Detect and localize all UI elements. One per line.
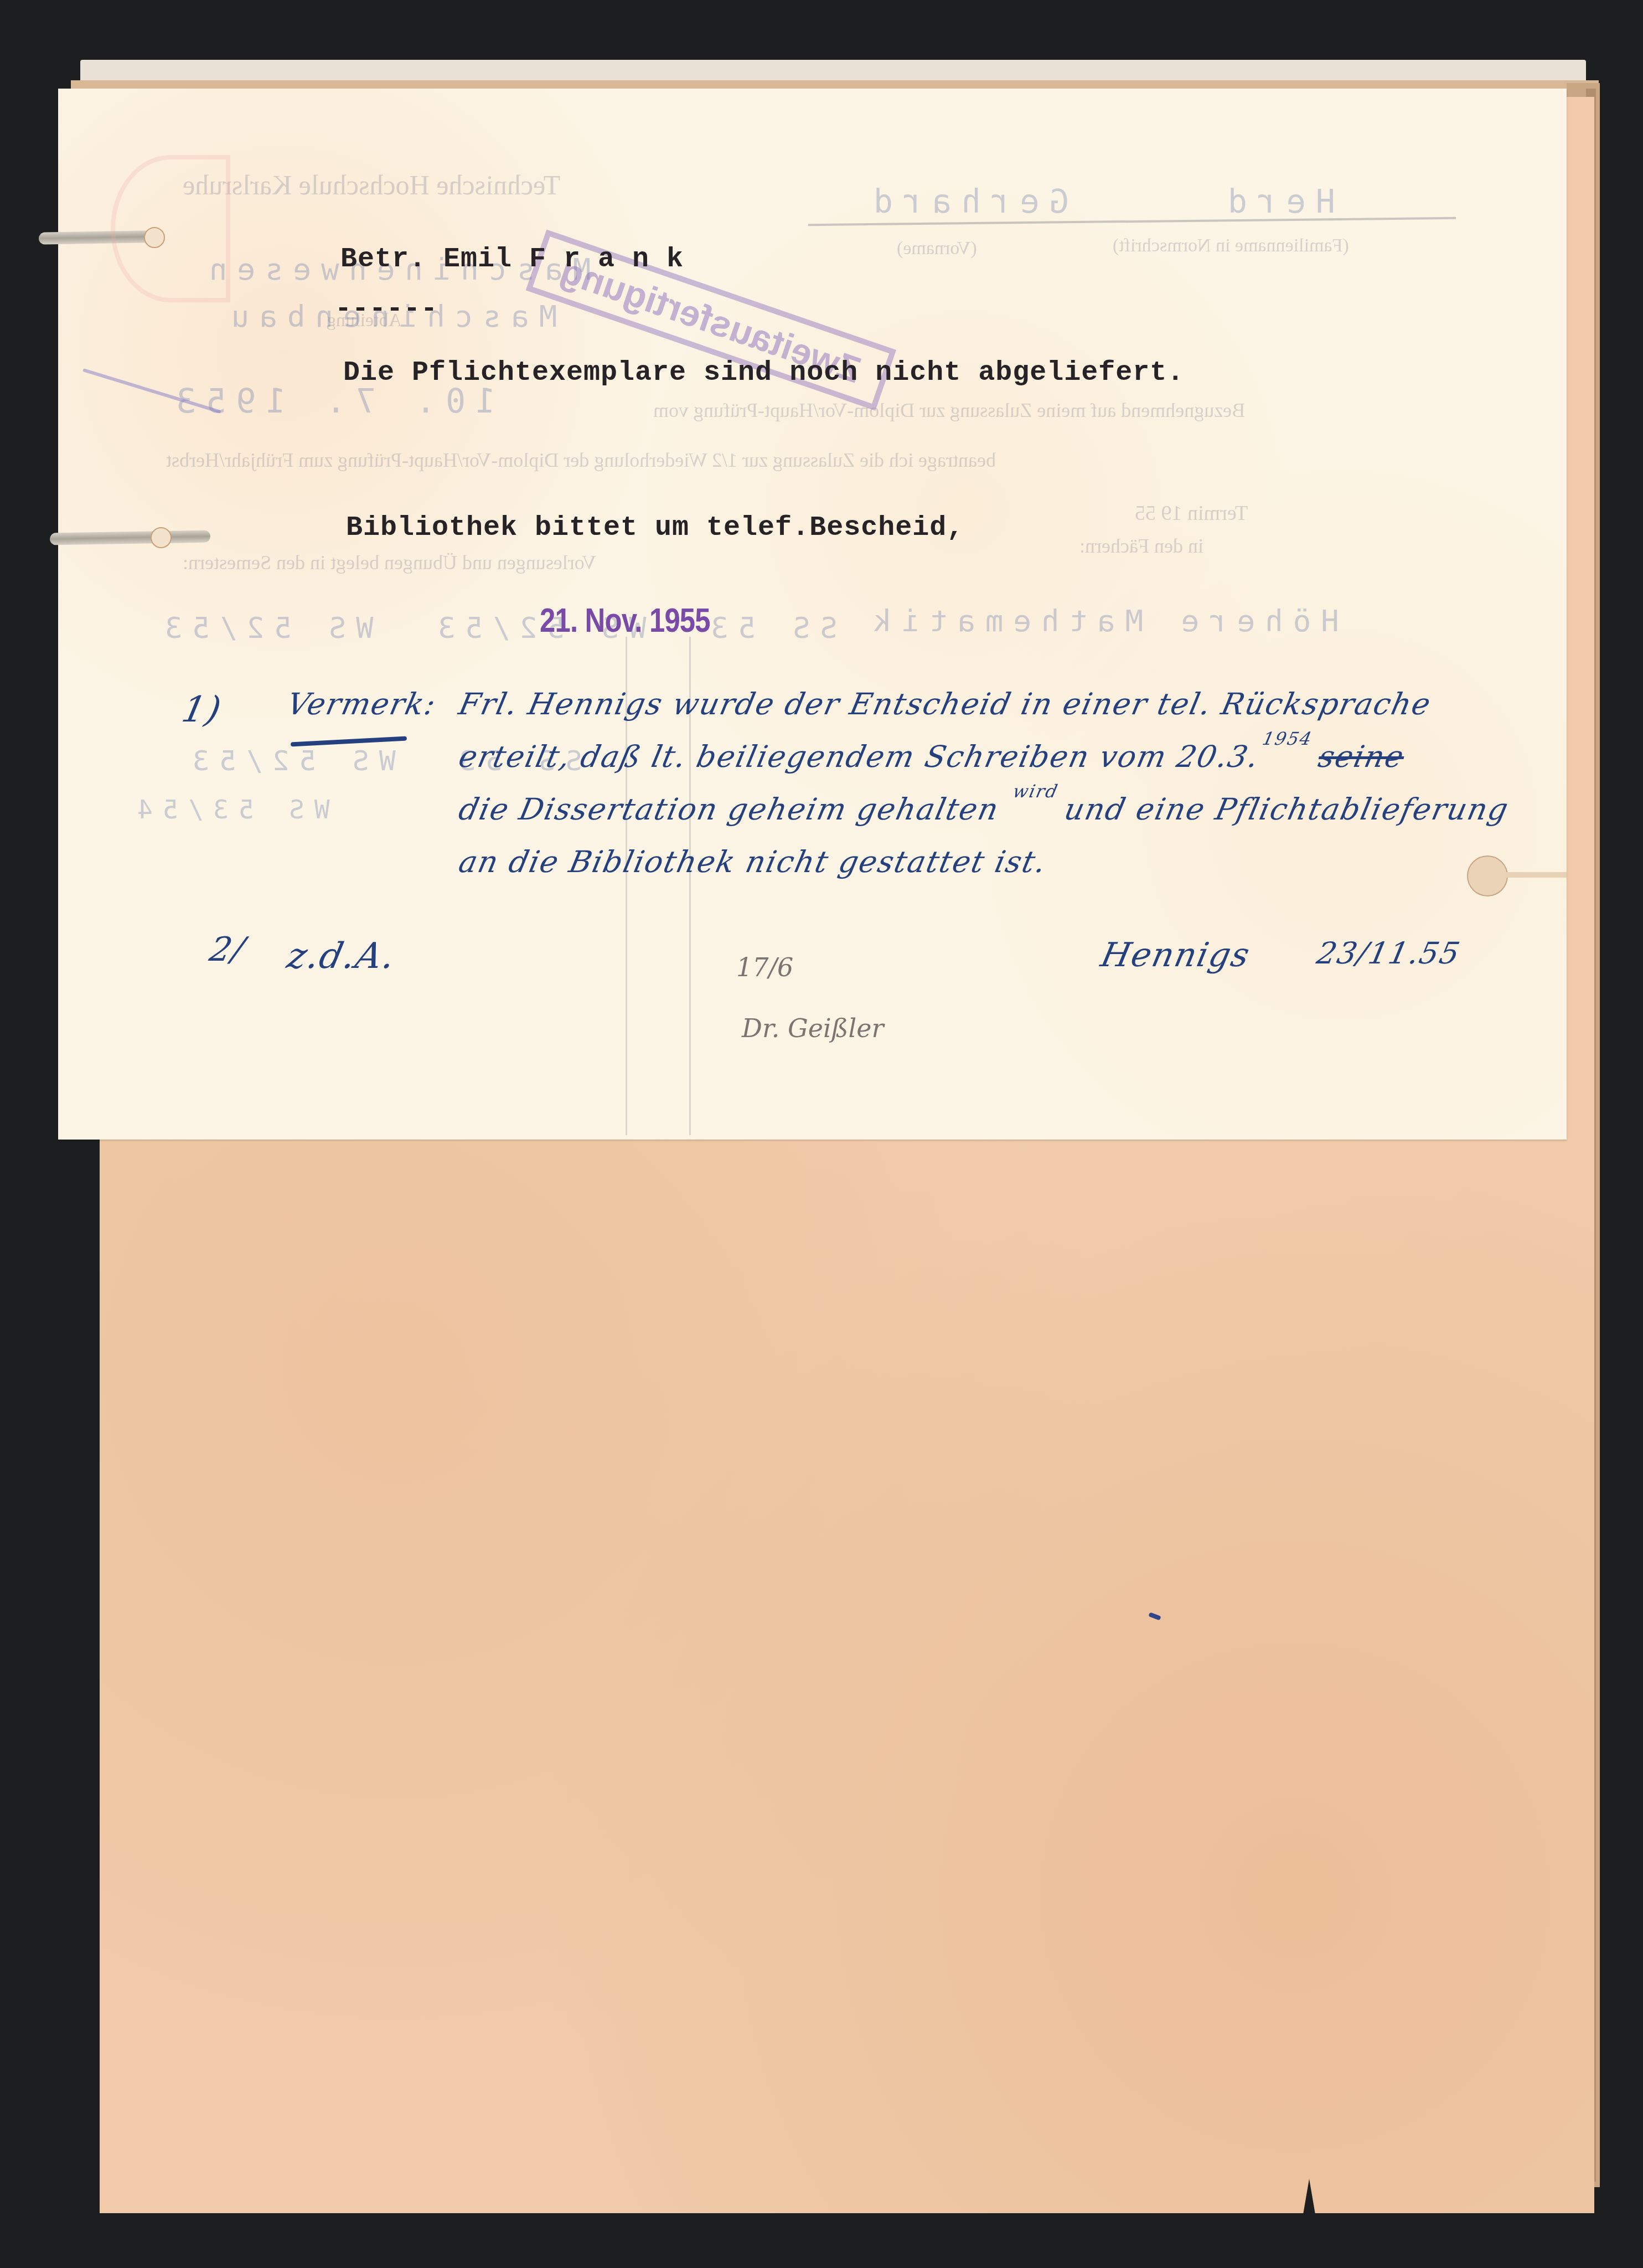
date-stamp: 21. Nov. 1955 bbox=[540, 601, 710, 640]
note-struck-word: seine bbox=[1315, 739, 1408, 774]
tag-hole bbox=[1467, 855, 1508, 896]
note-line-3-text: die Dissertation geheim gehalten bbox=[456, 792, 1003, 827]
ghost-label-vorname: (Vorname) bbox=[897, 238, 977, 259]
signature: Hennigs bbox=[1098, 936, 1254, 975]
ghost-semester-row1: SS 53 WS 52/53 WS 52/53 bbox=[155, 612, 838, 645]
ghost-semester-cell: WS 52/53 bbox=[155, 612, 373, 645]
subject-underline: ------ bbox=[335, 293, 438, 325]
note-line-2-year: 1954 bbox=[1260, 728, 1315, 749]
typed-line-pflichtexemplare: Die Pflichtexemplare sind noch nicht abg… bbox=[343, 357, 1184, 389]
binding-hole-bottom bbox=[151, 527, 172, 548]
subject-name: F r a n k bbox=[529, 244, 684, 275]
ghost-semester-row3: WS 53/54 bbox=[127, 795, 330, 824]
ghost-bezug: Bezugnehmend auf meine Zulassung zur Dip… bbox=[653, 399, 1245, 422]
note-line-3: die Dissertation geheim gehalten wird un… bbox=[456, 792, 1512, 827]
tag-tear bbox=[1506, 872, 1567, 878]
ghost-vorlesungen: Vorlesungen und Übungen belegt in den Se… bbox=[183, 551, 596, 574]
subject-line: Betr. Emil F r a n k bbox=[340, 244, 684, 275]
ghost-semester-cell: SS 53 bbox=[701, 612, 838, 645]
note-item1-heading: Vermerk: bbox=[284, 687, 440, 721]
note-item2-zda: z.d.A. bbox=[283, 936, 400, 977]
ghost-institution: Technische Hochschule Karlsruhe bbox=[183, 169, 560, 201]
ghost-last-name: Herd bbox=[1218, 183, 1335, 220]
subject-prefix: Betr. Emil bbox=[340, 244, 512, 275]
typed-line-bibliothek: Bibliothek bittet um telef.Bescheid, bbox=[346, 512, 964, 544]
note-line-2: erteilt, daß lt. beiliegendem Schreiben … bbox=[456, 739, 1408, 774]
page-stack-top bbox=[80, 60, 1586, 82]
pencil-number: 17/6 bbox=[736, 952, 793, 982]
note-line-4: an die Bibliothek nicht gestattet ist. bbox=[456, 844, 1050, 879]
ghost-faecher: in den Fächern: bbox=[1079, 534, 1203, 558]
note-line-2-text: erteilt, daß lt. beiliegendem Schreiben … bbox=[456, 739, 1263, 774]
note-line-3-rest: und eine Pflichtablieferung bbox=[1061, 792, 1512, 827]
note-line-1: Frl. Hennigs wurde der Entscheid in eine… bbox=[456, 687, 1434, 721]
ghost-termin: Termin 19 55 bbox=[1135, 501, 1248, 525]
ghost-semester-cell: WS 53/54 bbox=[127, 795, 330, 824]
ghost-fach-name: Höhere Mathematik bbox=[864, 604, 1339, 638]
ghost-semester-cell: WS 52/53 bbox=[183, 745, 396, 777]
ghost-label-familienname: (Familienname in Normschrift) bbox=[1113, 235, 1349, 256]
signature-date: 23/11.55 bbox=[1314, 936, 1464, 971]
pencil-name: Dr. Geißler bbox=[742, 1013, 883, 1043]
ghost-first-name: Gerhard bbox=[864, 183, 1068, 220]
note-insertion: wird bbox=[1011, 781, 1060, 802]
ghost-antrag: beantrage ich die Zulassung zur 1/2 Wied… bbox=[166, 449, 996, 472]
